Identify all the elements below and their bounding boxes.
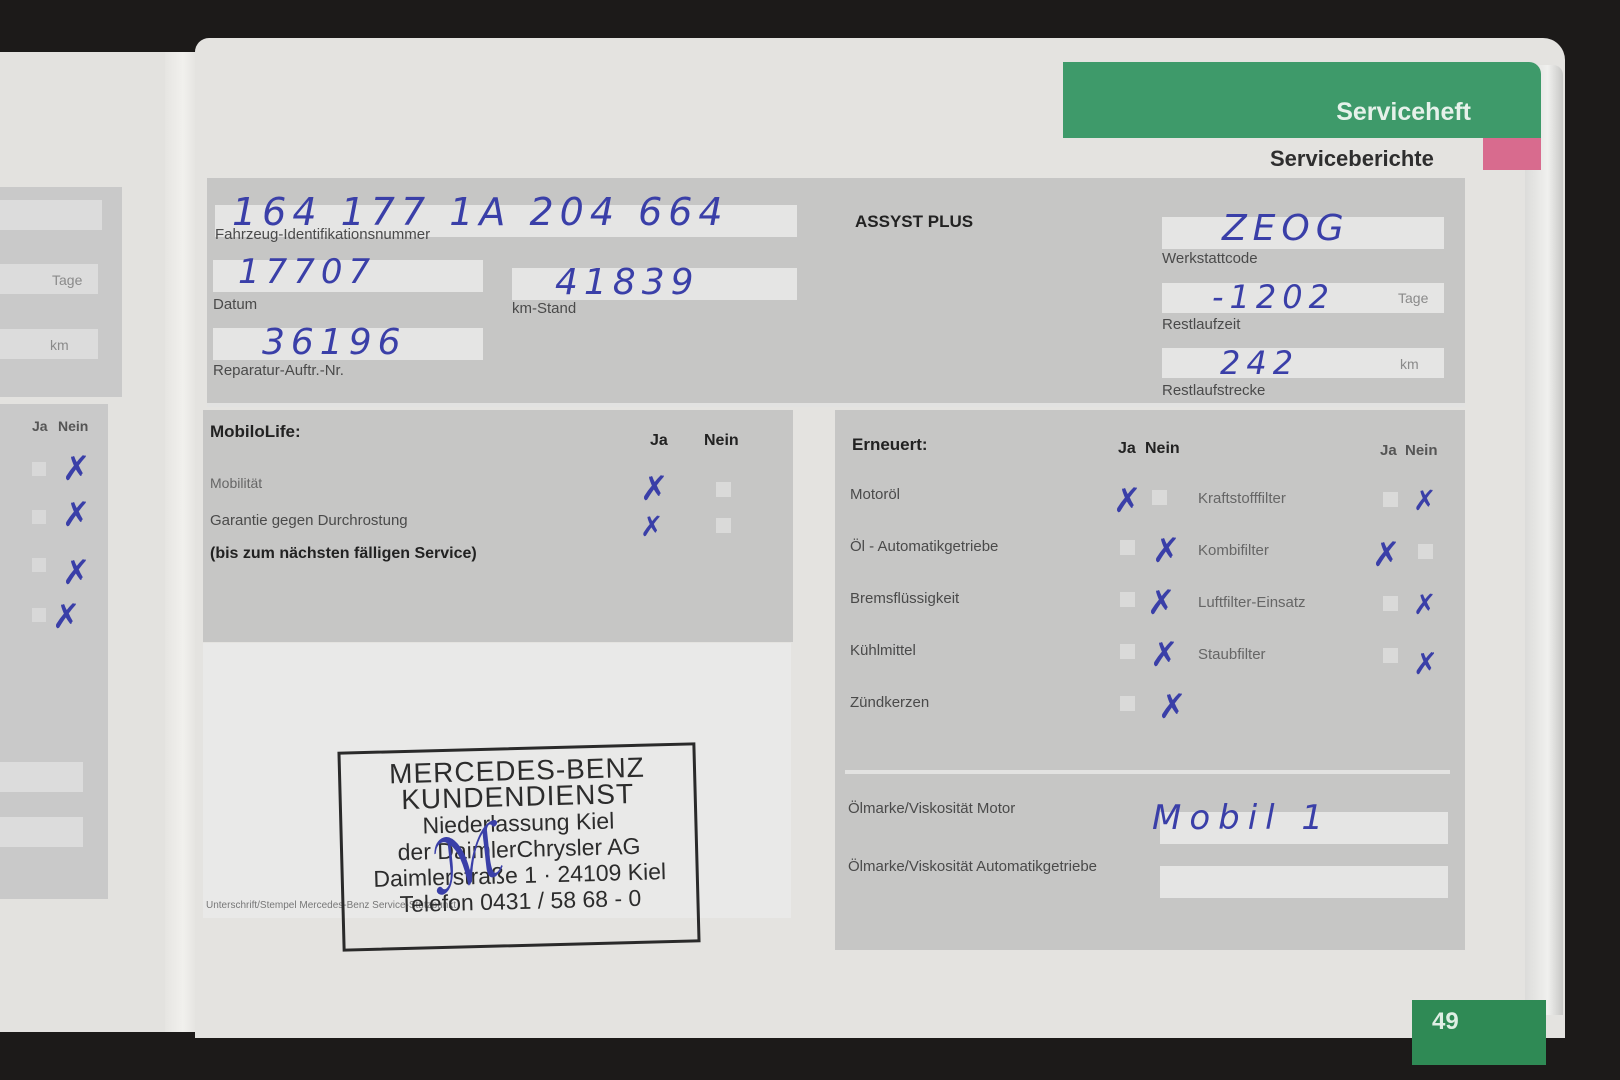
left-page-field [0,817,83,847]
assyst-title: ASSYST PLUS [855,212,973,232]
gearbox-oil-yes-checkbox[interactable] [1120,540,1135,555]
renewed-item-gearbox-oil: Öl - Automatikgetriebe [850,538,998,555]
left-page-field [0,762,83,792]
brake-fluid-no-mark[interactable]: ✗ [1147,586,1176,620]
left-page-unit-km: km [50,337,69,353]
combi-filter-yes-mark[interactable]: ✗ [1372,538,1401,572]
remaining-time-label: Restlaufzeit [1162,316,1240,333]
left-page-unit-days: Tage [52,272,82,288]
mobilolife-note: (bis zum nächsten fälligen Service) [210,545,477,563]
left-page-checkbox[interactable] [32,558,46,572]
dust-filter-yes-checkbox[interactable] [1383,648,1398,663]
remaining-time-unit: Tage [1398,290,1428,306]
air-filter-yes-checkbox[interactable] [1383,596,1398,611]
workshop-code-value: ZEOG [1222,208,1350,249]
fuel-filter-yes-checkbox[interactable] [1383,492,1398,507]
oil-motor-value: Mobil 1 [1152,798,1331,838]
air-filter-no-mark[interactable]: ✗ [1413,588,1436,622]
left-page-col-no: Nein [58,418,88,434]
spark-plugs-no-mark[interactable]: ✗ [1158,690,1187,724]
renewed-col-no-2: Nein [1405,442,1438,459]
remaining-distance-value: 242 [1220,344,1299,382]
section-tab: Serviceheft [1063,62,1541,138]
order-number-value: 36196 [262,322,407,363]
renewed-item-dust-filter: Staubfilter [1198,646,1266,663]
left-page-field [0,264,98,294]
fuel-filter-no-mark[interactable]: ✗ [1413,484,1436,518]
left-page-col-yes: Ja [32,418,48,434]
order-number-label: Reparatur-Auftr.-Nr. [213,362,344,379]
oil-motor-label: Ölmarke/Viskosität Motor [848,800,1015,817]
left-page-mark: ✗ [62,498,97,532]
renewed-item-combi-filter: Kombifilter [1198,542,1269,559]
mobilolife-item-rust-guarantee: Garantie gegen Durchrostung [210,512,408,529]
mobilolife-title: MobiloLife: [210,422,301,442]
workshop-code-label: Werkstattcode [1162,250,1258,267]
mobilolife-rust-no-checkbox[interactable] [716,518,731,533]
renewed-item-motor-oil: Motoröl [850,486,900,503]
motor-oil-no-checkbox[interactable] [1152,490,1167,505]
left-page-checkbox[interactable] [32,510,46,524]
left-page-checkbox[interactable] [32,608,46,622]
section-color-marker [1483,138,1541,170]
remaining-distance-unit: km [1400,356,1419,372]
combi-filter-no-checkbox[interactable] [1418,544,1433,559]
renewed-item-fuel-filter: Kraftstofffilter [1198,490,1286,507]
left-page-checkbox[interactable] [32,462,46,476]
renewed-item-spark-plugs: Zündkerzen [850,694,929,711]
vin-label: Fahrzeug-Identifikationsnummer [215,226,430,243]
oil-gearbox-field[interactable] [1160,866,1448,898]
mobilolife-mobility-yes-mark[interactable]: ✗ [640,472,669,506]
km-label: km-Stand [512,300,576,317]
coolant-no-mark[interactable]: ✗ [1150,638,1179,672]
renewed-item-brake-fluid: Bremsflüssigkeit [850,590,959,607]
coolant-yes-checkbox[interactable] [1120,644,1135,659]
left-page-field [0,200,102,230]
motor-oil-yes-mark[interactable]: ✗ [1113,484,1142,518]
renewed-item-air-filter: Luftfilter-Einsatz [1198,594,1306,611]
renewed-col-yes: Ja [1118,440,1136,458]
renewed-col-no: Nein [1145,440,1180,458]
spark-plugs-yes-checkbox[interactable] [1120,696,1135,711]
page-edge [1525,65,1563,1015]
date-value: 17707 [238,252,376,292]
gearbox-oil-no-mark[interactable]: ✗ [1152,534,1181,568]
left-page-mark: ✗ [52,600,87,634]
dust-filter-no-mark[interactable]: ✗ [1413,648,1438,682]
renewed-col-yes-2: Ja [1380,442,1397,459]
km-value: 41839 [555,262,700,303]
mobilolife-rust-yes-mark[interactable]: ✗ [640,510,663,544]
left-page-mark: ✗ [62,556,97,590]
date-label: Datum [213,296,257,313]
remaining-distance-label: Restlaufstrecke [1162,382,1265,399]
page-number: 49 [1432,1008,1459,1036]
left-page-field [0,329,98,359]
page-subtitle: Serviceberichte [1270,146,1434,172]
section-tab-label: Serviceheft [1336,98,1471,127]
mobilolife-mobility-no-checkbox[interactable] [716,482,731,497]
renewed-title: Erneuert: [852,435,928,455]
mobilolife-col-yes: Ja [650,432,668,450]
oil-gearbox-label: Ölmarke/Viskosität Automatikgetriebe [848,858,1097,875]
oil-section-divider [845,770,1450,774]
remaining-time-value: -1202 [1212,278,1335,316]
mobilolife-col-no: Nein [704,432,739,450]
page-number-tab: 49 [1412,1000,1546,1065]
section-divider [207,403,1465,407]
brake-fluid-yes-checkbox[interactable] [1120,592,1135,607]
mobilolife-item-mobility: Mobilität [210,475,262,491]
renewed-item-coolant: Kühlmittel [850,642,916,659]
dealer-stamp: MERCEDES-BENZ KUNDENDIENST Niederlassung… [337,742,700,951]
left-page-mark: ✗ [62,452,97,486]
